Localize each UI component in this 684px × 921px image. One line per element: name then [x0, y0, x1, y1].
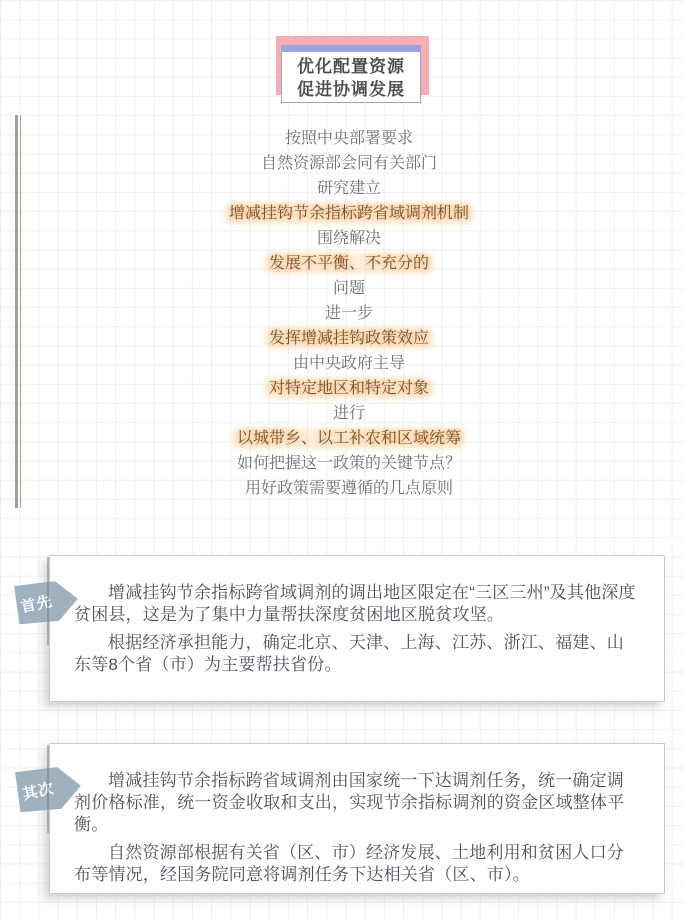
section-paragraph: 增减挂钩节余指标跨省域调剂的调出地区限定在“三区三州”及其他深度贫困县，这是为了…: [74, 582, 640, 626]
intro-line: 研究建立: [7, 176, 684, 201]
infographic-page: { "title_card": { "line1": "优化配置资源", "li…: [0, 0, 684, 921]
badge-label: 其次: [15, 775, 61, 804]
intro-line-text: 问题: [333, 280, 365, 297]
intro-line: 以城带乡、以工补农和区域统筹: [7, 426, 684, 451]
intro-line-text: 由中央政府主导: [293, 355, 405, 372]
intro-column: 按照中央部署要求 自然资源部会同有关部门 研究建立 增减挂钩节余指标跨省域调剂机…: [7, 126, 684, 501]
intro-line-text: 以城带乡、以工补农和区域统筹: [234, 430, 464, 447]
intro-line: 进一步: [7, 301, 684, 326]
intro-line: 发展不平衡、不充分的: [7, 251, 684, 276]
intro-line-text: 增减挂钩节余指标跨省域调剂机制: [226, 205, 472, 222]
section-card-first: 增减挂钩节余指标跨省域调剂的调出地区限定在“三区三州”及其他深度贫困县，这是为了…: [49, 555, 665, 702]
title-line-1: 优化配置资源: [282, 55, 420, 78]
card-edge-line: [47, 557, 49, 645]
intro-line-text: 发挥增减挂钩政策效应: [266, 330, 432, 347]
intro-line-text: 按照中央部署要求: [285, 130, 413, 147]
intro-line: 如何把握这一政策的关键节点？: [7, 451, 684, 476]
intro-line-text: 进一步: [325, 305, 373, 322]
title-line-2: 促进协调发展: [282, 78, 420, 101]
intro-line: 按照中央部署要求: [7, 126, 684, 151]
badge-label: 首先: [14, 589, 58, 618]
intro-line-text: 对特定地区和特定对象: [266, 380, 432, 397]
intro-line-text: 发展不平衡、不充分的: [266, 255, 432, 272]
intro-line: 进行: [7, 401, 684, 426]
intro-line: 对特定地区和特定对象: [7, 376, 684, 401]
intro-line-text: 如何把握这一政策的关键节点？: [237, 455, 461, 472]
intro-line: 用好政策需要遵循的几点原则: [7, 476, 684, 501]
title-card: 优化配置资源 促进协调发展: [281, 45, 421, 103]
intro-line: 增减挂钩节余指标跨省域调剂机制: [7, 201, 684, 226]
intro-line-text: 围绕解决: [317, 230, 381, 247]
intro-line: 问题: [7, 276, 684, 301]
intro-line-text: 研究建立: [317, 180, 381, 197]
intro-line: 发挥增减挂钩政策效应: [7, 326, 684, 351]
intro-line: 自然资源部会同有关部门: [7, 151, 684, 176]
section-paragraph: 根据经济承担能力，确定北京、天津、上海、江苏、浙江、福建、山东等8个省（市）为主…: [74, 632, 640, 676]
intro-line: 围绕解决: [7, 226, 684, 251]
section-card-second: 增减挂钩节余指标跨省域调剂由国家统一下达调剂任务，统一确定调剂价格标准，统一资金…: [49, 743, 665, 894]
card-edge-line: [47, 745, 49, 833]
section-paragraph: 自然资源部根据有关省（区、市）经济发展、土地利用和贫困人口分布等情况，经国务院同…: [74, 842, 640, 886]
intro-line-text: 自然资源部会同有关部门: [261, 155, 437, 172]
intro-line-text: 用好政策需要遵循的几点原则: [245, 480, 453, 497]
intro-line: 由中央政府主导: [7, 351, 684, 376]
section-paragraph: 增减挂钩节余指标跨省域调剂由国家统一下达调剂任务，统一确定调剂价格标准，统一资金…: [74, 770, 640, 836]
intro-line-text: 进行: [333, 405, 365, 422]
